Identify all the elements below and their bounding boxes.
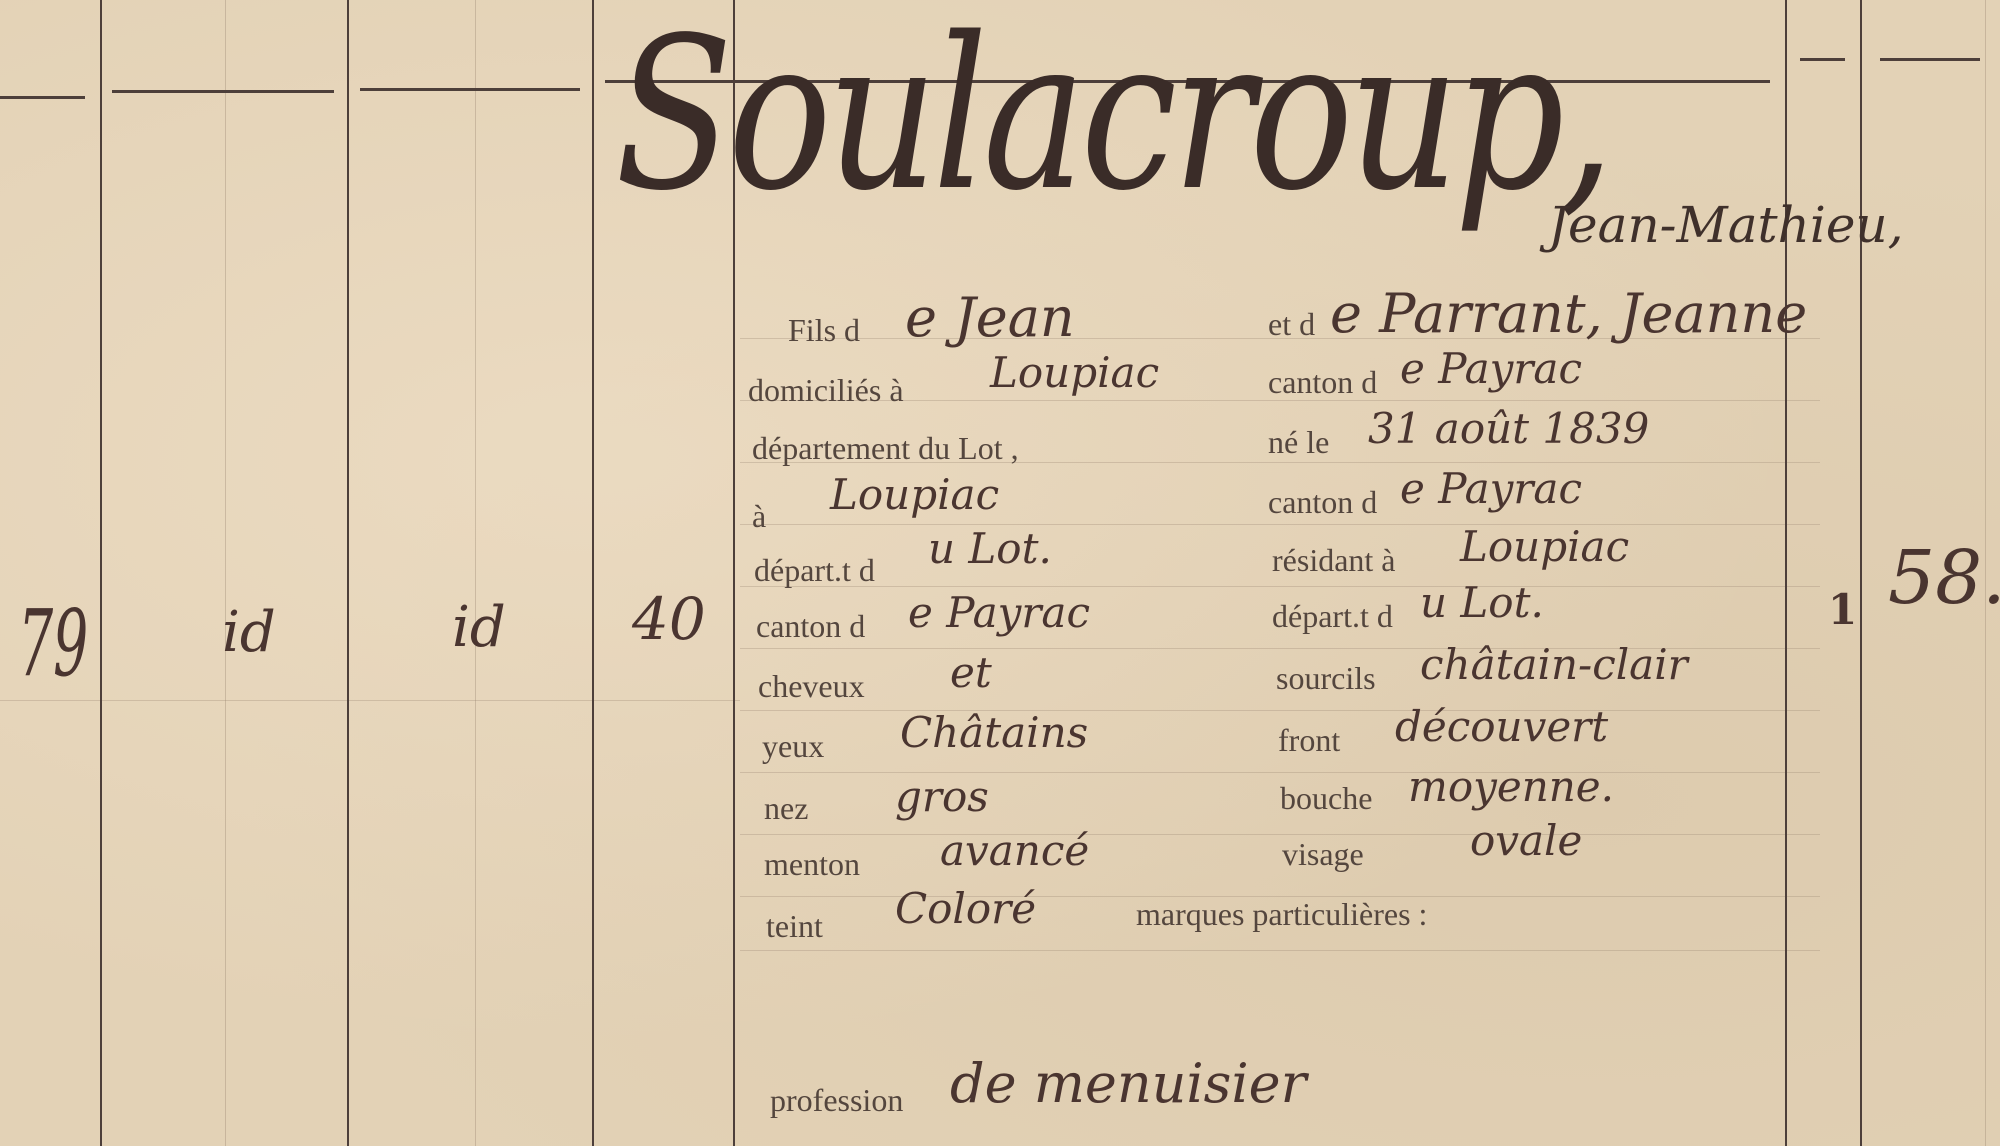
field-label: et d	[1268, 306, 1315, 343]
given-names: Jean-Mathieu,	[1548, 196, 1904, 254]
age-value: 40	[632, 585, 706, 653]
header-rule	[1800, 58, 1845, 61]
register-number: 79	[18, 590, 88, 697]
field-value: u Lot.	[928, 524, 1052, 573]
ruled-line	[740, 950, 1820, 951]
field-value: Loupiac	[990, 348, 1159, 397]
count-value: 1	[1828, 585, 1857, 634]
header-rule	[360, 88, 580, 91]
field-value: e Payrac	[1400, 344, 1582, 393]
field-value: châtain-clair	[1420, 640, 1688, 689]
field-label: domiciliés à	[748, 372, 904, 409]
ruled-line	[740, 834, 1820, 835]
field-label: départ.t d	[1272, 598, 1393, 635]
ditto-mark: id	[452, 595, 506, 660]
field-label: teint	[766, 908, 823, 945]
column-divider	[100, 0, 102, 1146]
field-value: découvert	[1395, 702, 1608, 751]
field-label: canton d	[756, 608, 865, 645]
column-divider	[347, 0, 349, 1146]
field-label: canton d	[1268, 484, 1377, 521]
ruled-line	[740, 524, 1820, 525]
field-value: e Jean	[905, 286, 1075, 349]
column-guide	[225, 0, 226, 1146]
field-value: moyenne.	[1408, 762, 1614, 811]
field-label: né le	[1268, 424, 1329, 461]
ditto-mark: id	[222, 600, 276, 665]
profession-value: de menuisier	[950, 1052, 1306, 1115]
field-value: e Payrac	[908, 588, 1090, 637]
field-label: visage	[1282, 836, 1364, 873]
column-divider	[1785, 0, 1787, 1146]
profession-label: profession	[770, 1082, 903, 1119]
surname: Soulacroup,	[615, 10, 1609, 220]
column-guide	[475, 0, 476, 1146]
field-value: Loupiac	[830, 470, 999, 519]
field-value: Châtains	[900, 708, 1088, 757]
field-label: cheveux	[758, 668, 865, 705]
field-value: e Payrac	[1400, 464, 1582, 513]
field-value: et	[950, 648, 992, 697]
field-value: u Lot.	[1420, 578, 1544, 627]
field-value: Loupiac	[1460, 522, 1629, 571]
field-label: canton d	[1268, 364, 1377, 401]
field-label: yeux	[762, 728, 824, 765]
ruled-line	[0, 700, 740, 701]
field-label: menton	[764, 846, 860, 883]
header-rule	[0, 96, 85, 99]
register-page: 79 id id 40 1 58. Soulacroup, Jean-Mathi…	[0, 0, 2000, 1146]
field-label: nez	[764, 790, 808, 827]
column-divider	[1860, 0, 1862, 1146]
field-label: bouche	[1280, 780, 1372, 817]
number-value: 58.	[1888, 535, 2000, 621]
header-rule	[112, 90, 334, 93]
field-value: ovale	[1470, 816, 1582, 865]
field-value: 31 août 1839	[1368, 404, 1649, 453]
field-label: sourcils	[1276, 660, 1376, 697]
field-label: résidant à	[1272, 542, 1396, 579]
field-label: à	[752, 498, 766, 535]
header-rule	[1880, 58, 1980, 61]
field-value: gros	[895, 772, 989, 821]
ruled-line	[740, 586, 1820, 587]
field-value: e Parrant, Jeanne	[1330, 282, 1807, 345]
field-value: avancé	[940, 826, 1089, 875]
field-label: Fils d	[788, 312, 860, 349]
column-divider	[592, 0, 594, 1146]
field-label: département du Lot ,	[752, 430, 1019, 467]
marques-label: marques particulières :	[1136, 896, 1427, 933]
field-label: front	[1278, 722, 1340, 759]
field-value: Coloré	[895, 884, 1036, 933]
field-label: départ.t d	[754, 552, 875, 589]
